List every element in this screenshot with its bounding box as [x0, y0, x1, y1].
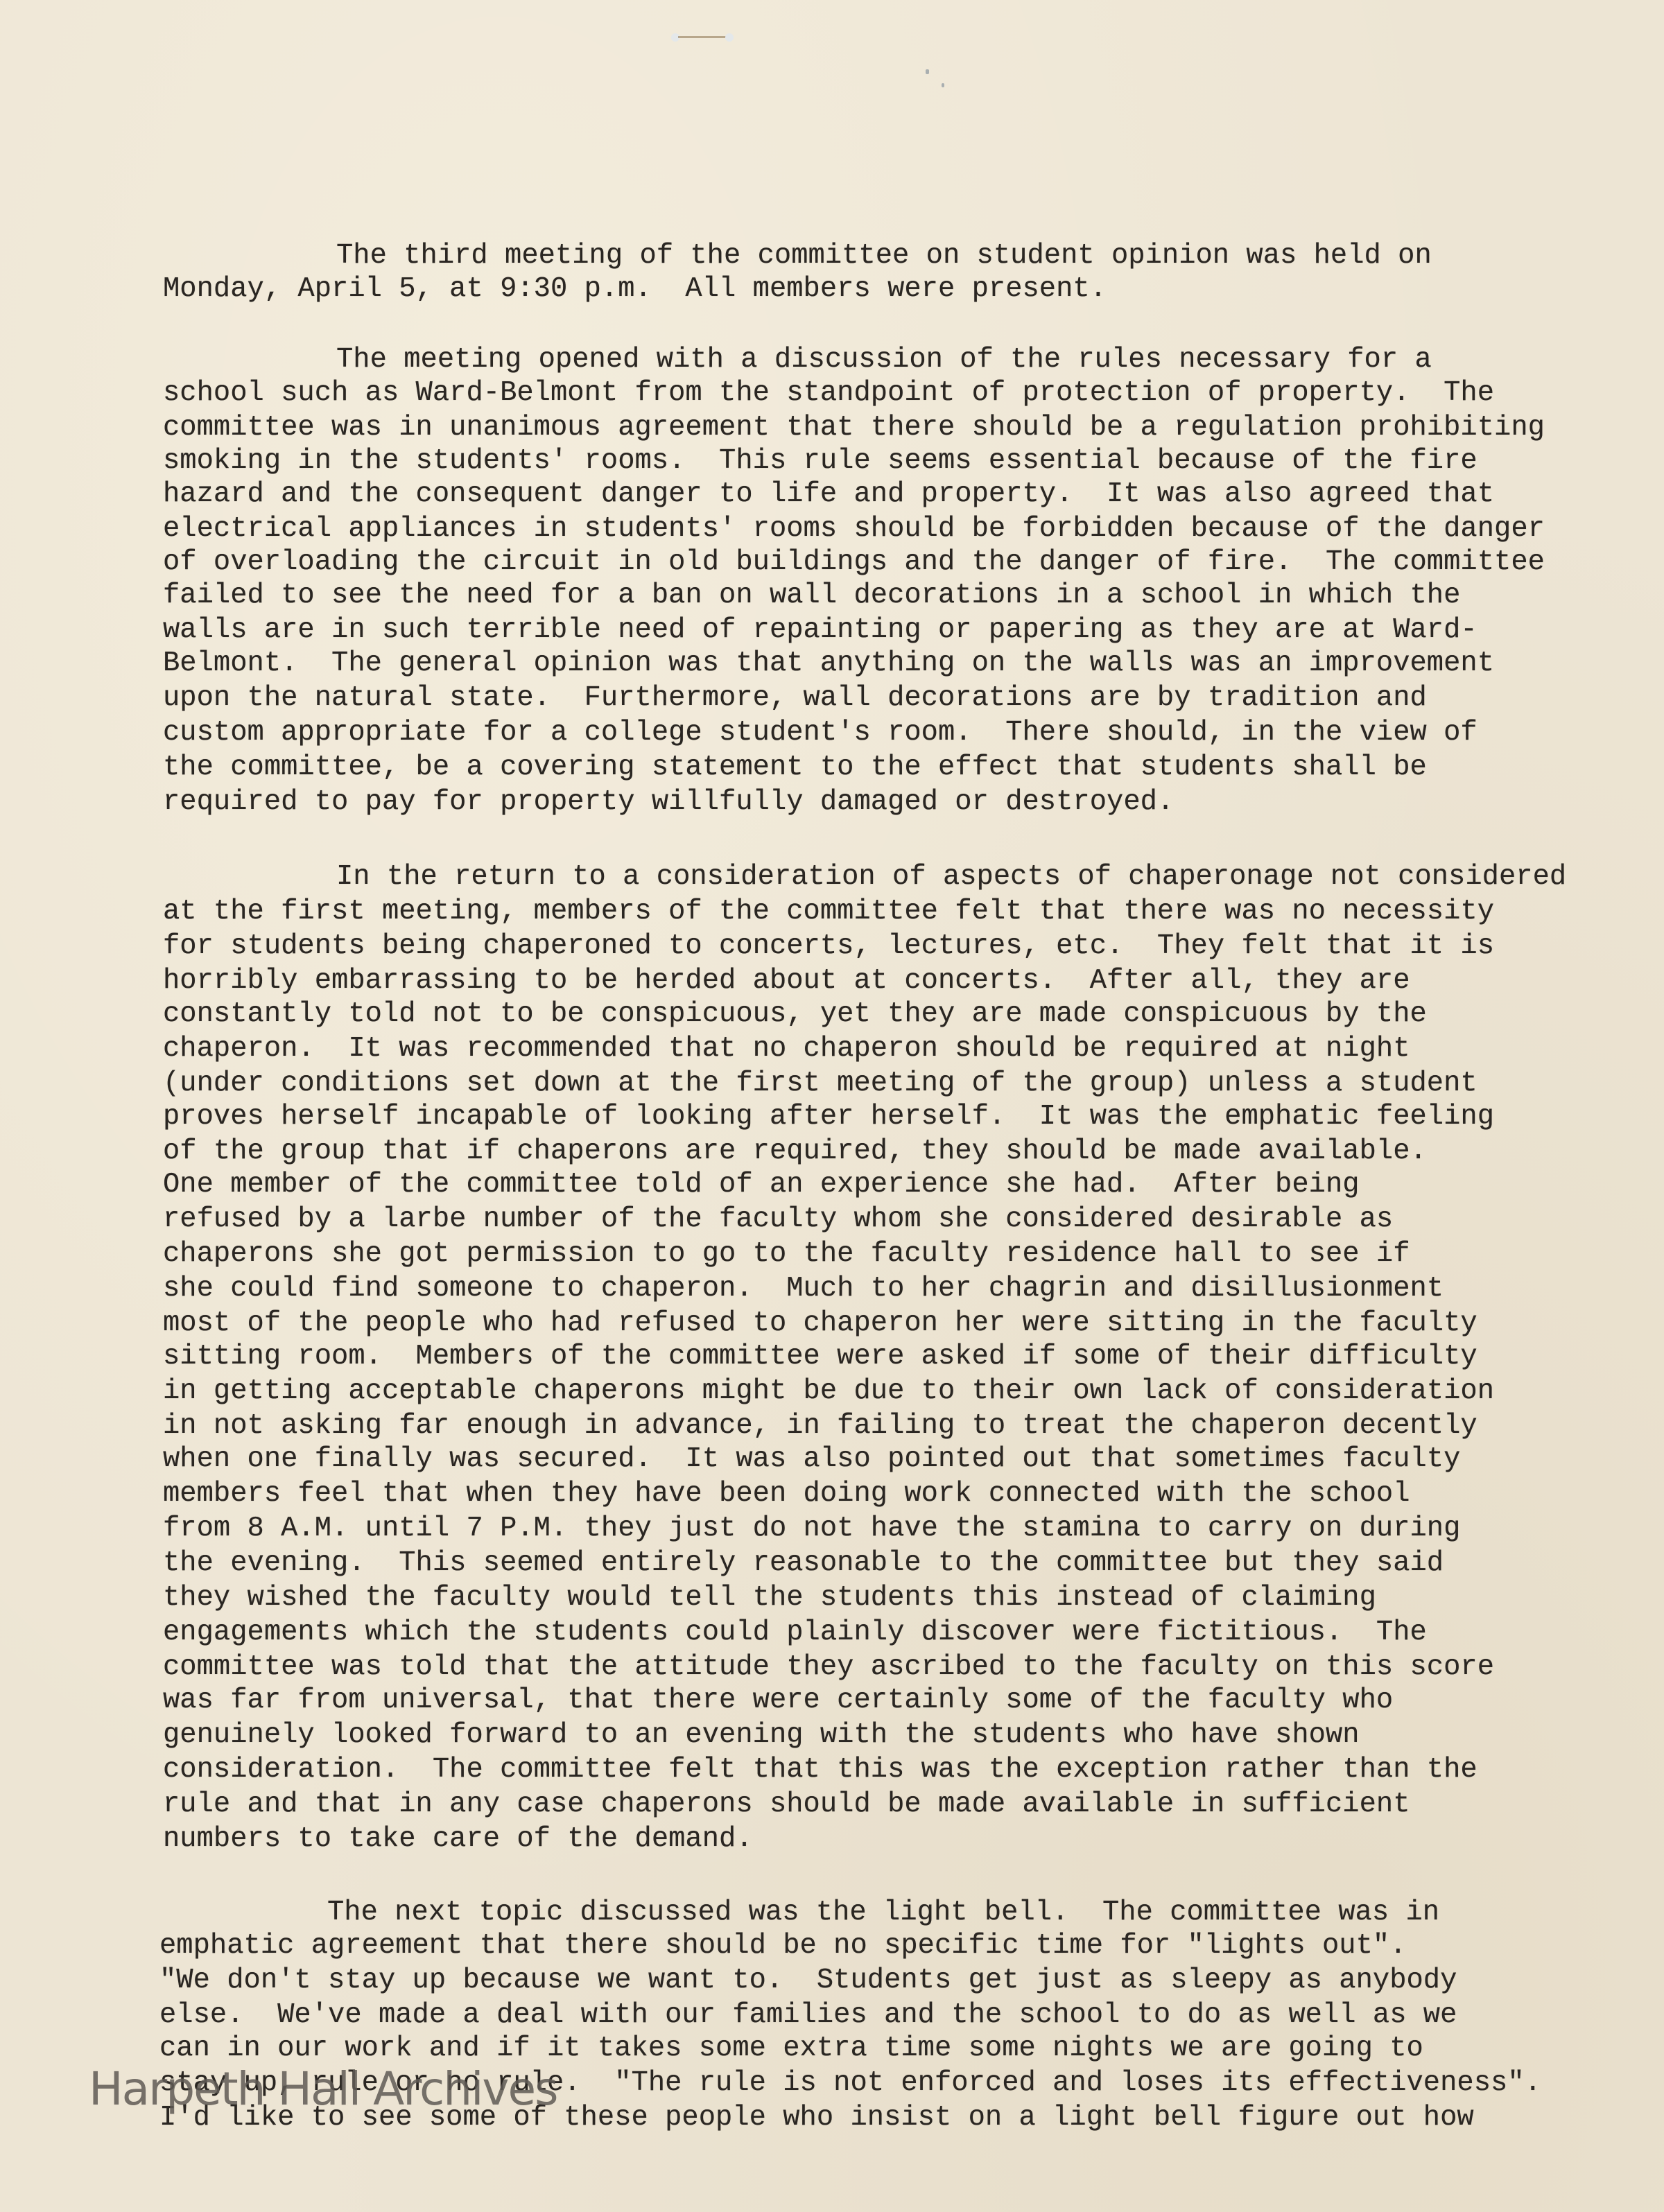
- staple-mark: [671, 33, 734, 42]
- text-line: sitting room. Members of the committee w…: [163, 1340, 1477, 1373]
- text-line: of overloading the circuit in old buildi…: [163, 546, 1545, 579]
- text-line: The meeting opened with a discussion of …: [336, 343, 1432, 376]
- document-page: The third meeting of the committee on st…: [0, 0, 1664, 2212]
- text-line: else. We've made a deal with our familie…: [159, 1998, 1457, 2032]
- staple-end: [725, 33, 734, 42]
- text-line: horribly embarrassing to be herded about…: [163, 964, 1410, 998]
- text-line: failed to see the need for a ban on wall…: [163, 579, 1460, 612]
- text-line: upon the natural state. Furthermore, wal…: [163, 681, 1427, 715]
- staple-bar: [678, 36, 728, 38]
- text-line: emphatic agreement that there should be …: [159, 1929, 1407, 1962]
- text-line: required to pay for property willfully d…: [163, 785, 1174, 819]
- text-line: for students being chaperoned to concert…: [163, 930, 1494, 963]
- text-line: The next topic discussed was the light b…: [327, 1896, 1439, 1929]
- text-line: chaperon. It was recommended that no cha…: [163, 1032, 1410, 1065]
- text-line: custom appropriate for a college student…: [163, 716, 1477, 749]
- text-line: members feel that when they have been do…: [163, 1477, 1410, 1510]
- text-line: the evening. This seemed entirely reason…: [163, 1547, 1444, 1580]
- text-line: engagements which the students could pla…: [163, 1616, 1427, 1649]
- text-line: constantly told not to be conspicuous, y…: [163, 998, 1427, 1031]
- text-line: Monday, April 5, at 9:30 p.m. All member…: [163, 272, 1107, 306]
- text-line: The third meeting of the committee on st…: [336, 239, 1432, 272]
- text-line: hazard and the consequent danger to life…: [163, 478, 1494, 511]
- text-line: genuinely looked forward to an evening w…: [163, 1718, 1360, 1752]
- archive-watermark: Harpeth Hall Archives: [89, 2062, 557, 2116]
- text-line: walls are in such terrible need of repai…: [163, 613, 1477, 647]
- paper-speck: [926, 69, 929, 74]
- text-line: (under conditions set down at the first …: [163, 1067, 1477, 1100]
- text-line: at the first meeting, members of the com…: [163, 895, 1494, 928]
- text-line: In the return to a consideration of aspe…: [336, 860, 1566, 894]
- text-line: most of the people who had refused to ch…: [163, 1307, 1477, 1340]
- text-line: from 8 A.M. until 7 P.M. they just do no…: [163, 1512, 1460, 1545]
- text-line: committee was in unanimous agreement tha…: [163, 411, 1545, 444]
- text-line: smoking in the students' rooms. This rul…: [163, 444, 1477, 478]
- text-line: of the group that if chaperons are requi…: [163, 1135, 1427, 1168]
- text-line: chaperons she got permission to go to th…: [163, 1237, 1410, 1271]
- text-line: "We don't stay up because we want to. St…: [159, 1964, 1457, 1997]
- text-line: when one finally was secured. It was als…: [163, 1443, 1460, 1476]
- text-line: consideration. The committee felt that t…: [163, 1753, 1477, 1786]
- text-line: the committee, be a covering statement t…: [163, 751, 1427, 784]
- text-line: refused by a larbe number of the faculty…: [163, 1203, 1393, 1236]
- text-line: numbers to take care of the demand.: [163, 1822, 753, 1856]
- text-line: One member of the committee told of an e…: [163, 1168, 1360, 1201]
- text-line: committee was told that the attitude the…: [163, 1651, 1494, 1684]
- paper-speck: [942, 83, 944, 87]
- text-line: in getting acceptable chaperons might be…: [163, 1375, 1494, 1408]
- text-line: rule and that in any case chaperons shou…: [163, 1788, 1410, 1821]
- text-line: in not asking far enough in advance, in …: [163, 1409, 1477, 1443]
- text-line: electrical appliances in students' rooms…: [163, 512, 1545, 546]
- text-line: was far from universal, that there were …: [163, 1684, 1393, 1717]
- text-line: she could find someone to chaperon. Much…: [163, 1272, 1444, 1305]
- text-line: school such as Ward-Belmont from the sta…: [163, 376, 1494, 410]
- text-line: proves herself incapable of looking afte…: [163, 1100, 1494, 1133]
- text-line: Belmont. The general opinion was that an…: [163, 647, 1494, 680]
- text-line: can in our work and if it takes some ext…: [159, 2032, 1423, 2065]
- text-line: they wished the faculty would tell the s…: [163, 1581, 1376, 1614]
